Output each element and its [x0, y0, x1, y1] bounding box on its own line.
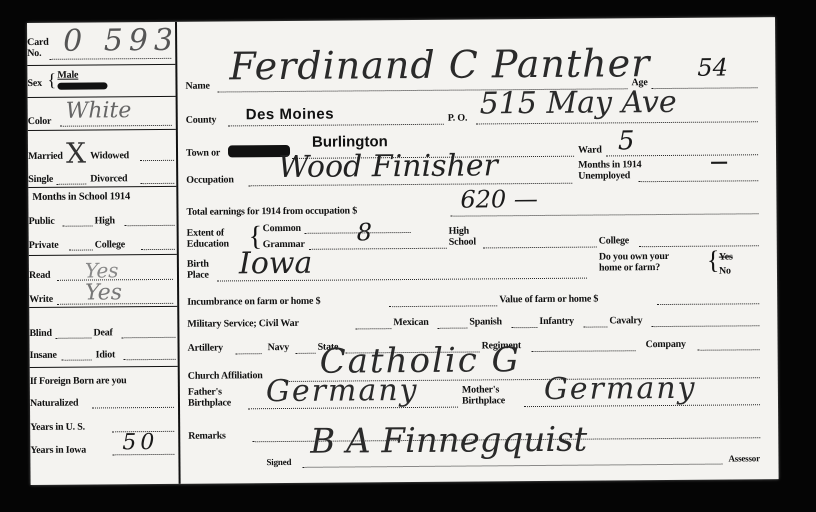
naturalized-line [92, 407, 174, 409]
birth-place-value: Iowa [239, 249, 313, 280]
town-label: Town or [186, 148, 220, 158]
regiment-line [532, 350, 636, 352]
signed-label: Signed [266, 458, 291, 467]
college-line [141, 249, 175, 250]
mexican-label: Mexican [393, 318, 428, 328]
unemployed-line [638, 180, 758, 182]
civil-war-line [355, 328, 391, 329]
sex-label: Sex [27, 79, 41, 89]
insane-line [62, 360, 92, 361]
artillery-line [236, 353, 262, 354]
blind-label: Blind [29, 329, 51, 339]
color-value: White [66, 100, 132, 123]
incumbrance-label: Incumbrance on farm or home $ [187, 297, 320, 308]
county-line [228, 124, 444, 127]
left-panel: Card No. 0 593 Sex { Male Color White Ma… [27, 22, 181, 485]
insane-label: Insane [30, 351, 57, 361]
mexican-line [437, 328, 467, 329]
read-value: Yes [85, 260, 119, 280]
age-value: 54 [697, 55, 728, 79]
occupation-label: Occupation [186, 175, 234, 185]
school-section: Months in School 1914 Public High Privat… [28, 186, 177, 256]
years-us-label: Years in U. S. [30, 423, 85, 433]
own-home-yes-option: Yes [719, 252, 733, 262]
deaf-label: Deaf [93, 328, 112, 338]
public-line [63, 225, 93, 226]
public-label: Public [29, 217, 55, 227]
sex-brace: { [47, 71, 56, 89]
spanish-line [511, 327, 537, 328]
mother-birthplace-label-1: Mother's [462, 385, 499, 395]
name-value: Ferdinand C Panther [229, 44, 650, 85]
months-unemployed-label-2: Unemployed [578, 171, 630, 181]
company-line [698, 349, 760, 350]
private-line [69, 249, 93, 250]
father-birthplace-label-1: Father's [188, 387, 222, 397]
cavalry-label: Cavalry [609, 316, 642, 326]
artillery-label: Artillery [188, 343, 223, 353]
own-home-label-1: Do you own your [599, 252, 669, 263]
county-label: County [186, 116, 217, 126]
military-label: Military Service; Civil War [187, 319, 298, 330]
farm-value-line [657, 303, 759, 305]
private-label: Private [29, 241, 59, 251]
main-panel: Name Ferdinand C Panther Age 54 County D… [177, 17, 779, 484]
remarks-label: Remarks [188, 431, 226, 441]
blind-line [55, 338, 91, 339]
disability-section: Blind Deaf Insane Idiot [29, 306, 177, 368]
write-value: Yes [85, 282, 122, 304]
card-number-value: 0 593 [63, 26, 179, 57]
high-label: High [95, 216, 115, 226]
card-label: Card [27, 38, 48, 48]
grammar-value: 8 [357, 220, 372, 244]
own-home-label-2: home or farm? [599, 263, 660, 273]
marital-section: Married X Widowed Single Divorced [28, 129, 176, 188]
deaf-line [121, 337, 175, 338]
cavalry-line [651, 325, 759, 327]
assessor-signature: B A Finnegquist [310, 423, 587, 459]
college-edu-label: College [599, 236, 629, 246]
name-label: Name [185, 82, 209, 92]
college-edu-line [639, 245, 759, 247]
high-school-label-2: School [449, 237, 476, 247]
foreign-heading: If Foreign Born are you [30, 376, 127, 387]
mother-birthplace-value: Germany [544, 374, 697, 405]
months-unemployed-label-1: Months in 1914 [578, 160, 641, 170]
census-card: Card No. 0 593 Sex { Male Color White Ma… [27, 17, 779, 485]
father-birthplace-value: Germany [266, 376, 419, 407]
sex-male-option: Male [57, 71, 78, 81]
education-label-1: Extent of [187, 228, 224, 238]
grammar-line [309, 248, 447, 250]
birth-place-label-2: Place [187, 271, 209, 281]
widowed-label: Widowed [90, 151, 129, 161]
years-iowa-value: 50 [122, 432, 158, 454]
high-line [125, 225, 175, 226]
occupation-value: Wood Finisher [278, 151, 498, 183]
county-value: Des Moines [246, 107, 334, 123]
write-label: Write [29, 295, 53, 305]
own-home-brace: { [707, 248, 720, 274]
foreign-born-section: If Foreign Born are you Naturalized Year… [30, 366, 179, 485]
earnings-value: 620 — [460, 187, 538, 212]
own-home-no-option: No [719, 266, 731, 276]
education-label-2: Education [187, 239, 229, 249]
college-label: College [95, 240, 125, 250]
incumbrance-line [389, 305, 497, 307]
color-line [60, 125, 172, 127]
town-value: Burlington [312, 134, 388, 150]
single-label: Single [28, 175, 53, 185]
idiot-line [124, 359, 176, 360]
high-school-line [483, 247, 597, 249]
birth-place-label-1: Birth [187, 260, 209, 270]
married-mark: X [66, 140, 86, 168]
spanish-label: Spanish [469, 317, 502, 327]
farm-value-label: Value of farm or home $ [499, 295, 598, 306]
po-value: 515 May Ave [480, 88, 677, 120]
idiot-label: Idiot [96, 350, 116, 360]
read-label: Read [29, 271, 50, 281]
color-section: Color White [28, 96, 176, 131]
naturalized-label: Naturalized [30, 399, 78, 409]
high-school-label-1: High [449, 227, 469, 237]
church-label: Church Affiliation [188, 371, 263, 382]
color-label: Color [28, 117, 52, 127]
single-line [56, 184, 86, 185]
ward-value: 5 [618, 128, 635, 154]
no-label: No. [27, 49, 41, 59]
father-birthplace-label-2: Birthplace [188, 398, 231, 408]
earnings-label: Total earnings for 1914 from occupation … [186, 206, 357, 217]
school-heading: Months in School 1914 [32, 192, 130, 203]
female-option-redacted [57, 82, 107, 89]
navy-line [296, 353, 316, 354]
divorced-line [140, 183, 174, 184]
card-number-section: Card No. 0 593 [27, 22, 175, 66]
assessor-label: Assessor [728, 454, 759, 463]
years-iowa-label: Years in Iowa [30, 446, 86, 456]
mother-birthplace-label-2: Birthplace [462, 396, 505, 406]
widowed-line [140, 160, 174, 161]
ward-label: Ward [578, 145, 602, 155]
literacy-section: Read Yes Write Yes [29, 254, 177, 308]
sex-section: Sex { Male [27, 64, 175, 98]
married-label: Married [28, 152, 63, 162]
divorced-label: Divorced [90, 174, 127, 184]
unemployed-value: — [710, 153, 728, 171]
infantry-line [583, 326, 607, 327]
navy-label: Navy [268, 343, 289, 353]
company-label: Company [646, 340, 686, 350]
common-label: Common [263, 224, 301, 234]
po-label: P. O. [448, 114, 468, 124]
signed-line [302, 464, 722, 468]
infantry-label: Infantry [539, 317, 574, 327]
earnings-line [451, 213, 759, 216]
po-line [476, 121, 758, 124]
